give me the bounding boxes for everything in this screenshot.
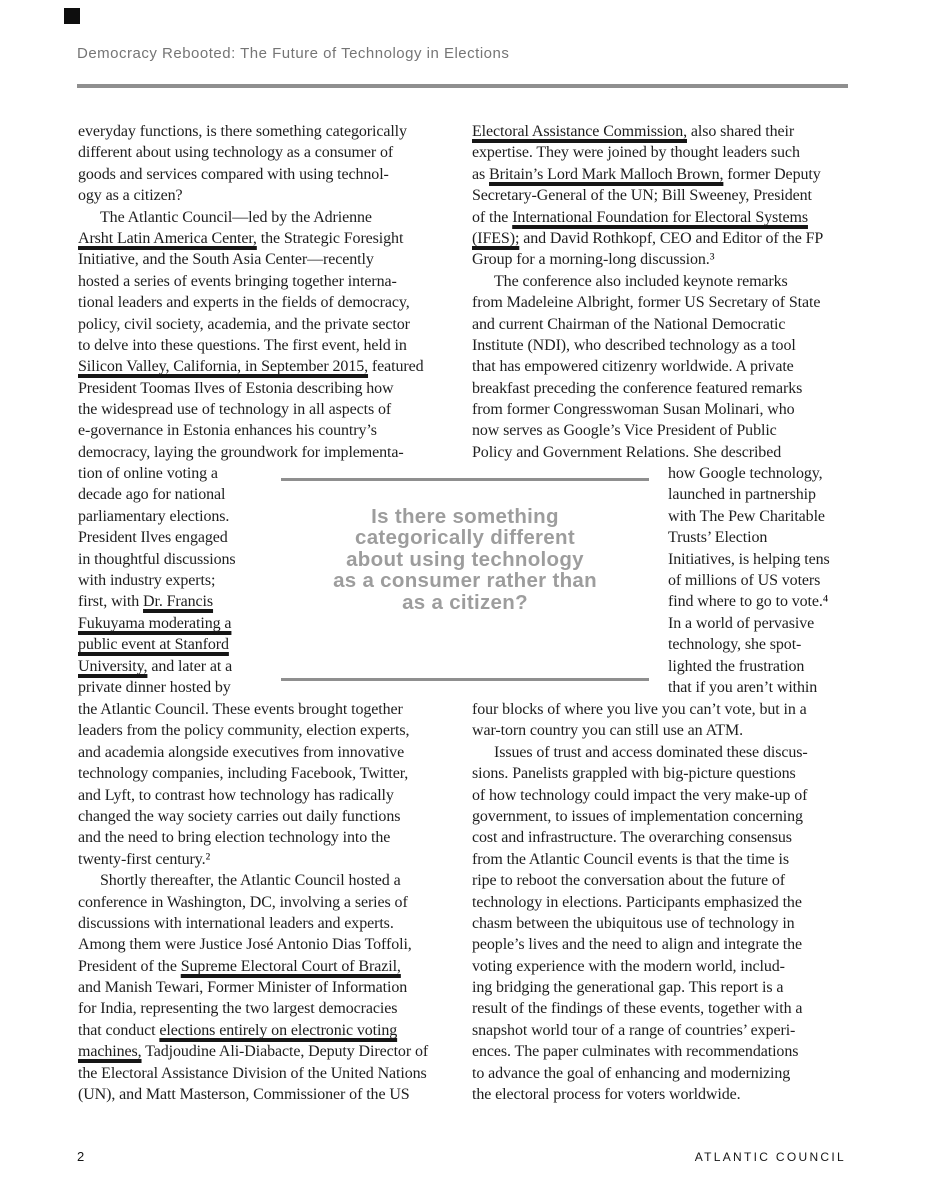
underlined-phrase: Silicon Valley, California, in September… [78, 358, 368, 375]
body-text-right-top: Electoral Assistance Commission, also sh… [472, 121, 850, 463]
text-line: war-torn country you can still use an AT… [472, 720, 850, 741]
text-line: the Atlantic Council. These events broug… [78, 699, 463, 720]
text-line: launched in partnership [668, 484, 848, 505]
text-line: tional leaders and experts in the fields… [78, 292, 459, 313]
text-line: of the International Foundation for Elec… [472, 207, 850, 228]
text-line: that has empowered citizenry worldwide. … [472, 356, 850, 377]
text-line: hosted a series of events bringing toget… [78, 271, 459, 292]
document-page: Democracy Rebooted: The Future of Techno… [0, 0, 927, 1200]
body-text-left-top: everyday functions, is there something c… [78, 121, 459, 463]
text-line: chasm between the ubiquitous use of tech… [472, 913, 850, 934]
text-line: cost and infrastructure. The overarching… [472, 827, 850, 848]
text-line: with The Pew Charitable [668, 506, 848, 527]
text-line: government, to issues of implementation … [472, 806, 850, 827]
text-line: discussions with international leaders a… [78, 913, 463, 934]
text-line: Arsht Latin America Center, the Strategi… [78, 228, 459, 249]
text-line: how Google technology, [668, 463, 848, 484]
text-line: now serves as Google’s Vice President of… [472, 420, 850, 441]
text-line: and Lyft, to contrast how technology has… [78, 785, 463, 806]
text-line: as a citizen? [281, 592, 649, 613]
text-line: policy, civil society, academia, and the… [78, 314, 459, 335]
text-line: Is there something [281, 506, 649, 527]
text-line: Issues of trust and access dominated the… [472, 742, 850, 763]
text-line: machines, Tadjoudine Ali-Diabacte, Deput… [78, 1041, 463, 1062]
text-line: changed the way society carries out dail… [78, 806, 463, 827]
text-line: that if you aren’t within [668, 677, 848, 698]
text-line: snapshot world tour of a range of countr… [472, 1020, 850, 1041]
text-line: different about using technology as a co… [78, 142, 459, 163]
text-line: Shortly thereafter, the Atlantic Council… [78, 870, 463, 891]
underlined-phrase: elections entirely on electronic voting [159, 1022, 397, 1039]
page-number: 2 [77, 1149, 84, 1164]
text-line: ogy as a citizen? [78, 185, 459, 206]
text-line: of millions of US voters [668, 570, 848, 591]
text-line: everyday functions, is there something c… [78, 121, 459, 142]
underlined-phrase: Fukuyama moderating a [78, 615, 231, 632]
text-line: President of the Supreme Electoral Court… [78, 956, 463, 977]
text-line: of how technology could impact the very … [472, 785, 850, 806]
text-line: that conduct elections entirely on elect… [78, 1020, 463, 1041]
text-line: (UN), and Matt Masterson, Commissioner o… [78, 1084, 463, 1105]
text-line: Electoral Assistance Commission, also sh… [472, 121, 850, 142]
underlined-phrase: Electoral Assistance Commission, [472, 123, 687, 140]
text-line: result of the findings of these events, … [472, 998, 850, 1019]
pull-quote: Is there somethingcategorically differen… [281, 478, 649, 681]
text-line: the widespread use of technology in all … [78, 399, 459, 420]
text-line: people’s lives and the need to align and… [472, 934, 850, 955]
text-line: conference in Washington, DC, involving … [78, 892, 463, 913]
text-line: from former Congresswoman Susan Molinari… [472, 399, 850, 420]
text-line: to advance the goal of enhancing and mod… [472, 1063, 850, 1084]
text-line: technology, she spot- [668, 634, 848, 655]
text-line: technology in elections. Participants em… [472, 892, 850, 913]
text-line: parliamentary elections. [78, 506, 273, 527]
text-line: President Ilves engaged [78, 527, 273, 548]
text-line: Policy and Government Relations. She des… [472, 442, 850, 463]
text-line: tion of online voting a [78, 463, 273, 484]
text-line: Among them were Justice José Antonio Dia… [78, 934, 463, 955]
underlined-phrase: Arsht Latin America Center, [78, 230, 257, 247]
text-line: lighted the frustration [668, 656, 848, 677]
underlined-phrase: (IFES); [472, 230, 519, 247]
text-line: Group for a morning-long discussion.³ [472, 249, 850, 270]
text-line: and the need to bring election technolog… [78, 827, 463, 848]
text-line: ences. The paper culminates with recomme… [472, 1041, 850, 1062]
text-line: ripe to reboot the conversation about th… [472, 870, 850, 891]
body-text-right-bottom: four blocks of where you live you can’t … [472, 699, 850, 1105]
text-line: Initiative, and the South Asia Center—re… [78, 249, 459, 270]
text-line: breakfast preceding the conference featu… [472, 378, 850, 399]
underlined-phrase: public event at Stanford [78, 636, 229, 653]
text-line: technology companies, including Facebook… [78, 763, 463, 784]
text-line: sions. Panelists grappled with big-pictu… [472, 763, 850, 784]
text-line: In a world of pervasive [668, 613, 848, 634]
page-corner-mark [64, 8, 80, 24]
text-line: twenty-first century.² [78, 849, 463, 870]
text-line: expertise. They were joined by thought l… [472, 142, 850, 163]
underlined-phrase: University, [78, 658, 147, 675]
text-line: Institute (NDI), who described technolog… [472, 335, 850, 356]
text-line: four blocks of where you live you can’t … [472, 699, 850, 720]
text-line: The Atlantic Council—led by the Adrienne [78, 207, 459, 228]
underlined-phrase: Dr. Francis [143, 593, 213, 610]
text-line: voting experience with the modern world,… [472, 956, 850, 977]
text-line: first, with Dr. Francis [78, 591, 273, 612]
text-line: leaders from the policy community, elect… [78, 720, 463, 741]
text-line: goods and services compared with using t… [78, 164, 459, 185]
publisher-label: ATLANTIC COUNCIL [695, 1150, 846, 1164]
text-line: (IFES); and David Rothkopf, CEO and Edit… [472, 228, 850, 249]
body-text-right-narrow: how Google technology,launched in partne… [668, 463, 848, 698]
text-line: from Madeleine Albright, former US Secre… [472, 292, 850, 313]
text-line: Trusts’ Election [668, 527, 848, 548]
text-line: democracy, laying the groundwork for imp… [78, 442, 459, 463]
text-line: from the Atlantic Council events is that… [472, 849, 850, 870]
text-line: The conference also included keynote rem… [472, 271, 850, 292]
text-line: Initiatives, is helping tens [668, 549, 848, 570]
text-line: private dinner hosted by [78, 677, 273, 698]
underlined-phrase: Supreme Electoral Court of Brazil, [181, 958, 401, 975]
text-line: the Electoral Assistance Division of the… [78, 1063, 463, 1084]
text-line: e-governance in Estonia enhances his cou… [78, 420, 459, 441]
text-line: Silicon Valley, California, in September… [78, 356, 459, 377]
text-line: Fukuyama moderating a [78, 613, 273, 634]
text-line: and current Chairman of the National Dem… [472, 314, 850, 335]
text-line: in thoughtful discussions [78, 549, 273, 570]
text-line: ing bridging the generational gap. This … [472, 977, 850, 998]
text-line: with industry experts; [78, 570, 273, 591]
text-line: categorically different [281, 527, 649, 548]
text-line: find where to go to vote.⁴ [668, 591, 848, 612]
text-line: public event at Stanford [78, 634, 273, 655]
running-header-title: Democracy Rebooted: The Future of Techno… [77, 45, 509, 62]
text-line: decade ago for national [78, 484, 273, 505]
text-line: University, and later at a [78, 656, 273, 677]
text-line: as a consumer rather than [281, 570, 649, 591]
text-line: about using technology [281, 549, 649, 570]
text-line: to delve into these questions. The first… [78, 335, 459, 356]
text-line: and academia alongside executives from i… [78, 742, 463, 763]
body-text-left-bottom: the Atlantic Council. These events broug… [78, 699, 463, 1105]
text-line: and Manish Tewari, Former Minister of In… [78, 977, 463, 998]
text-line: for India, representing the two largest … [78, 998, 463, 1019]
text-line: the electoral process for voters worldwi… [472, 1084, 850, 1105]
body-text-left-narrow: tion of online voting adecade ago for na… [78, 463, 273, 698]
underlined-phrase: International Foundation for Electoral S… [512, 209, 808, 226]
underlined-phrase: Britain’s Lord Mark Malloch Brown, [489, 166, 723, 183]
text-line: as Britain’s Lord Mark Malloch Brown, fo… [472, 164, 850, 185]
text-line: President Toomas Ilves of Estonia descri… [78, 378, 459, 399]
header-rule [77, 84, 848, 88]
text-line: Secretary-General of the UN; Bill Sweene… [472, 185, 850, 206]
underlined-phrase: machines, [78, 1043, 142, 1060]
